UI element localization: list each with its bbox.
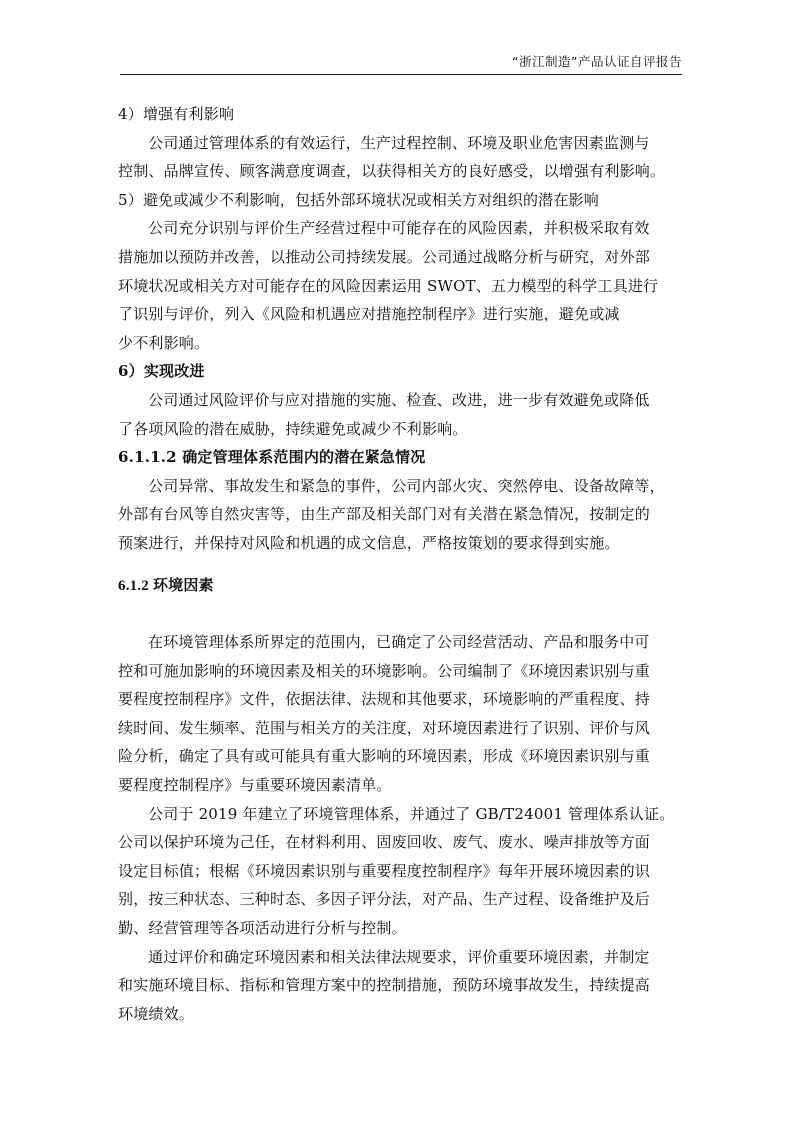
- paragraph-line: 了各项风险的潜在威胁，持续避免或减少不利影响。: [118, 415, 684, 444]
- paragraph-line: 在环境管理体系所界定的范围内，已确定了公司经营活动、产品和服务中可: [118, 628, 684, 657]
- paragraph-line: 公司以保护环境为己任，在材料利用、固废回收、废气、废水、噪声排放等方面: [118, 828, 684, 857]
- paragraph-line: 环境状况或相关方对可能存在的风险因素运用 SWOT、五力模型的科学工具进行: [118, 272, 684, 301]
- paragraph-line: 通过评价和确定环境因素和相关法律法规要求，评价重要环境因素，并制定: [118, 943, 684, 972]
- paragraph-line: 公司通过管理体系的有效运行，生产过程控制、环境及职业危害因素监测与: [118, 129, 684, 158]
- paragraph-line: 公司充分识别与评价生产经营过程中可能存在的风险因素，并积极采取有效: [118, 214, 684, 243]
- header-title: “浙江制造”产品认证自评报告: [512, 52, 682, 70]
- paragraph-line: 续时间、发生频率、范围与相关方的关注度，对环境因素进行了识别、评价与风: [118, 714, 684, 743]
- paragraph-line: 预案进行，并保持对风险和机遇的成文信息，严格按策划的要求得到实施。: [118, 529, 684, 558]
- paragraph-line: 外部有台风等自然灾害等，由生产部及相关部门对有关潜在紧急情况，按制定的: [118, 500, 684, 529]
- paragraph-line: 公司异常、事故发生和紧急的事件，公司内部火灾、突然停电、设备故障等，: [118, 472, 684, 501]
- section-heading: 6.1.1.2 确定管理体系范围内的潜在紧急情况: [118, 443, 684, 472]
- paragraph-line: 要程度控制程序》文件，依据法律、法规和其他要求，环境影响的严重程度、持: [118, 685, 684, 714]
- paragraph-line: 设定目标值；根椐《环境因素识别与重要程度控制程序》每年开展环境因素的识: [118, 857, 684, 886]
- page-header: “浙江制造”产品认证自评报告: [120, 52, 682, 75]
- paragraph-line: 少不利影响。: [118, 329, 684, 358]
- section-heading: 6.1.2 环境因素: [118, 572, 684, 601]
- paragraph-line: 措施加以预防并改善，以推动公司持续发展。公司通过战略分析与研究，对外部: [118, 243, 684, 272]
- paragraph-line: 和实施环境目标、指标和管理方案中的控制措施，预防环境事故发生，持续提高: [118, 971, 684, 1000]
- paragraph-line: 控制、品牌宣传、顾客满意度调查，以获得相关方的良好感受，以增强有利影响。: [118, 157, 684, 186]
- list-item-heading: 5）避免或减少不利影响，包括外部环境状况或相关方对组织的潜在影响: [118, 186, 684, 215]
- paragraph-line: 了识别与评价，列入《风险和机遇应对措施控制程序》进行实施，避免或减: [118, 300, 684, 329]
- list-item-heading: 4）增强有利影响: [118, 100, 684, 129]
- paragraph-line: 别，按三种状态、三种时态、多因子评分法，对产品、生产过程、设备维护及后: [118, 885, 684, 914]
- paragraph-line: 勤、经营管理等各项活动进行分析与控制。: [118, 914, 684, 943]
- paragraph-line: 公司通过风险评价与应对措施的实施、检查、改进，进一步有效避免或降低: [118, 386, 684, 415]
- document-body: 4）增强有利影响 公司通过管理体系的有效运行，生产过程控制、环境及职业危害因素监…: [118, 100, 684, 1028]
- paragraph-line: 环境绩效。: [118, 1000, 684, 1029]
- list-item-heading: 6）实现改进: [118, 357, 684, 386]
- paragraph-line: 险分析，确定了具有或可能具有重大影响的环境因素，形成《环境因素识别与重: [118, 742, 684, 771]
- paragraph-line: 要程度控制程序》与重要环境因素清单。: [118, 771, 684, 800]
- paragraph-line: 控和可施加影响的环境因素及相关的环境影响。公司编制了《环境因素识别与重: [118, 657, 684, 686]
- paragraph-line: 公司于 2019 年建立了环境管理体系，并通过了 GB/T24001 管理体系认…: [118, 800, 684, 829]
